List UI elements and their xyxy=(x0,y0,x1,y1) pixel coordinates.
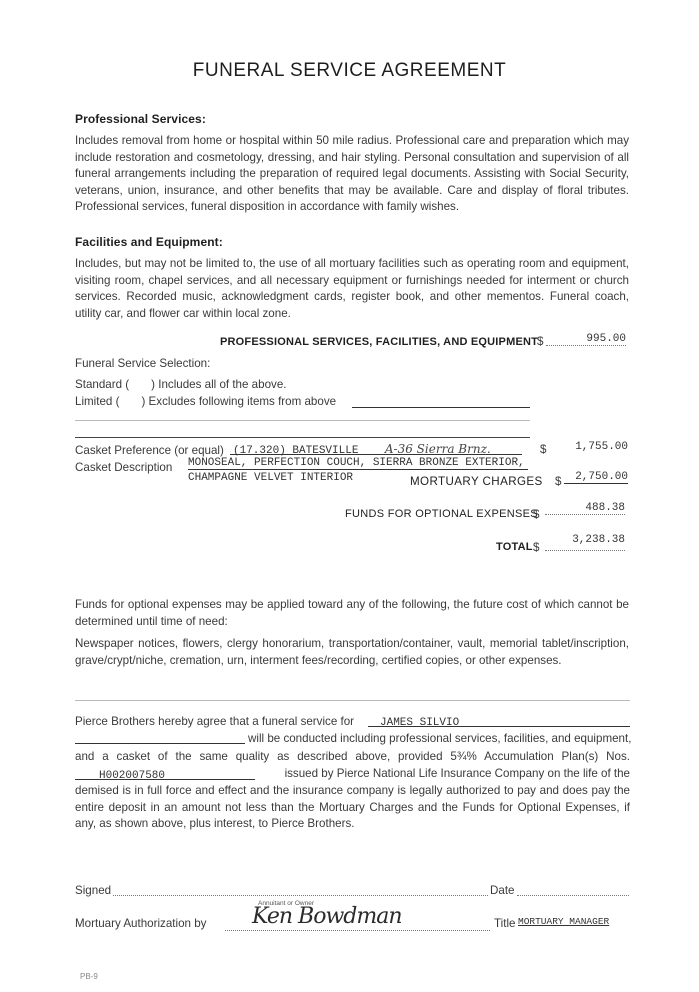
total-label: TOTAL xyxy=(496,541,533,553)
optional-expenses-amount[interactable]: 488.38 xyxy=(545,502,625,515)
facilities-text: Includes, but may not be limited to, the… xyxy=(75,256,629,322)
casket-amount[interactable]: 1,755.00 xyxy=(550,441,628,453)
professional-services-heading: Professional Services: xyxy=(75,112,206,126)
limited-items-line-2[interactable] xyxy=(75,420,530,421)
facilities-heading: Facilities and Equipment: xyxy=(75,235,223,249)
professional-services-text: Includes removal from home or hospital w… xyxy=(75,133,629,216)
casket-preference-typed: (17.320) BATESVILLE xyxy=(233,445,358,457)
mortuary-charges-amount[interactable]: 2,750.00 xyxy=(564,471,628,484)
casket-description-label: Casket Description xyxy=(75,461,172,474)
casket-description-line-1[interactable]: MONOSEAL, PERFECTION COUCH, SIERRA BRONZ… xyxy=(188,457,528,470)
form-code: PB-9 xyxy=(80,972,98,981)
plan-number: H002007580 xyxy=(99,770,165,782)
limited-items-line-3[interactable] xyxy=(75,437,530,438)
agreement-rest: demised is in full force and effect and … xyxy=(75,783,630,833)
limited-label: Limited ( xyxy=(75,395,119,408)
service-selection-label: Funeral Service Selection: xyxy=(75,357,210,370)
date-field[interactable] xyxy=(517,883,629,896)
agreement-line-1: Pierce Brothers hereby agree that a fune… xyxy=(75,715,354,728)
plan-number-field[interactable]: H002007580 xyxy=(75,765,255,780)
document-title: FUNERAL SERVICE AGREEMENT xyxy=(0,60,699,82)
optional-expenses-label: FUNDS FOR OPTIONAL EXPENSES xyxy=(345,508,538,520)
mortuary-charges-label: MORTUARY CHARGES xyxy=(410,475,543,488)
mortuary-currency: $ xyxy=(555,475,561,488)
total-amount[interactable]: 3,238.38 xyxy=(545,534,625,551)
title-label: Title xyxy=(494,917,515,930)
date-label: Date xyxy=(490,884,515,897)
standard-option[interactable]: Standard () Includes all of the above. xyxy=(75,378,286,391)
psfe-currency: $ xyxy=(537,335,543,348)
psfe-amount-field[interactable]: 995.00 xyxy=(546,333,626,346)
casket-currency: $ xyxy=(540,443,546,456)
agreement-line-2: will be conducted including professional… xyxy=(248,732,630,745)
agreement-line-4: issued by Pierce National Life Insurance… xyxy=(258,767,630,780)
deceased-name: JAMES SILVIO xyxy=(380,717,459,729)
signed-label: Signed xyxy=(75,884,111,897)
casket-description-line-2[interactable]: CHAMPAGNE VELVET INTERIOR xyxy=(188,472,353,484)
limited-text: ) Excludes following items from above xyxy=(141,395,336,408)
standard-label: Standard ( xyxy=(75,378,129,391)
authorization-label: Mortuary Authorization by xyxy=(75,917,206,930)
casket-preference-handwritten: A-36 Sierra Brnz. xyxy=(385,442,491,456)
standard-text: ) Includes all of the above. xyxy=(151,378,286,391)
deceased-name-field-continued[interactable] xyxy=(75,731,245,744)
optional-expenses-intro: Funds for optional expenses may be appli… xyxy=(75,597,629,630)
psfe-label: PROFESSIONAL SERVICES, FACILITIES, AND E… xyxy=(220,336,538,348)
limited-option[interactable]: Limited () Excludes following items from… xyxy=(75,395,336,408)
limited-items-field[interactable] xyxy=(352,395,530,408)
casket-preference-label: Casket Preference (or equal) xyxy=(75,444,224,457)
optional-expenses-items: Newspaper notices, flowers, clergy honor… xyxy=(75,636,629,669)
total-currency: $ xyxy=(533,541,539,554)
optional-expenses-divider xyxy=(75,700,630,701)
deceased-name-field[interactable]: JAMES SILVIO xyxy=(368,712,630,727)
title-field[interactable]: MORTUARY MANAGER xyxy=(518,916,609,927)
agreement-line-3: and a casket of the same quality as desc… xyxy=(75,749,630,766)
agreement-prefix: Pierce Brothers hereby agree that a fune… xyxy=(75,715,354,728)
signed-field[interactable] xyxy=(113,883,488,896)
authorization-signature: Ken Bowdman xyxy=(252,904,402,929)
casket-preference-field[interactable]: (17.320) BATESVILLE A-36 Sierra Brnz. xyxy=(230,440,522,455)
optional-currency: $ xyxy=(533,508,539,521)
